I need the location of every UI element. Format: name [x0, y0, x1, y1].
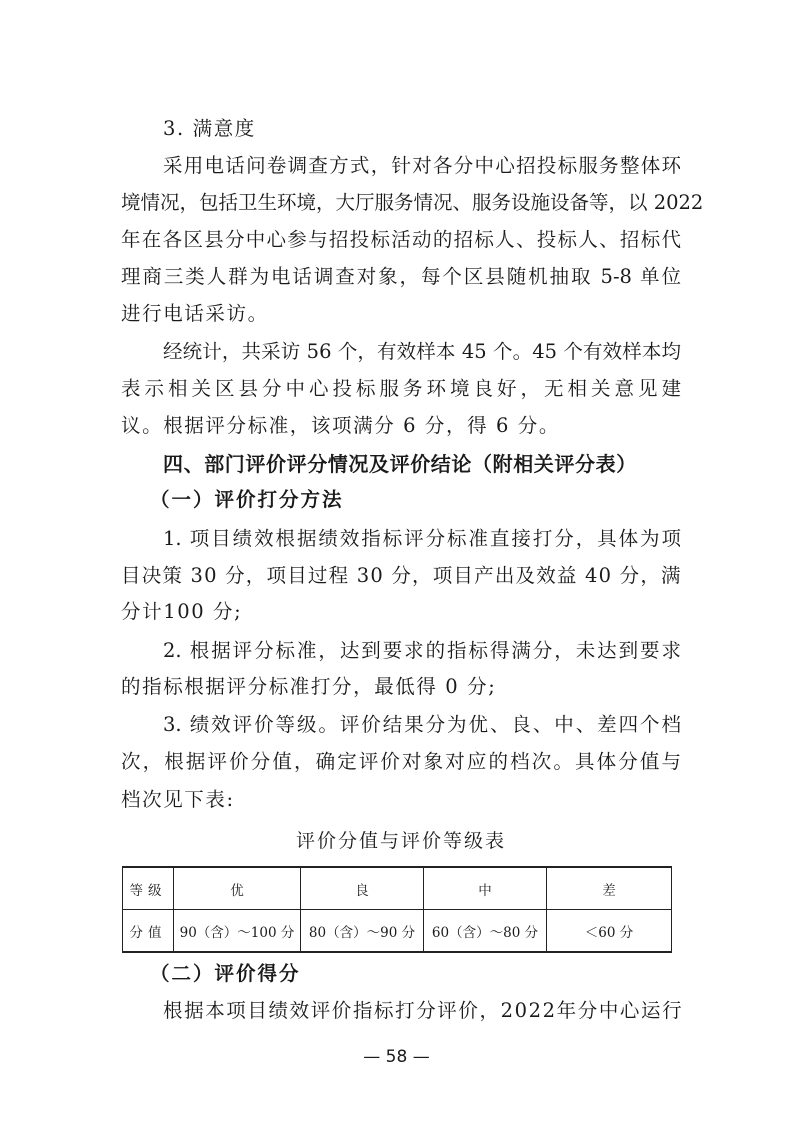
list-item-line: 分计100 分; [121, 599, 681, 625]
table-cell: 差 [547, 867, 672, 910]
table-caption: 评价分值与评价等级表 [121, 828, 681, 854]
paragraph-line: 经统计，共采访 56 个，有效样本 45 个。45 个有效样本均 [163, 339, 681, 365]
subsection-title-score: （二）评价得分 [150, 961, 668, 987]
list-item-line: 档次见下表: [121, 787, 681, 813]
list-item-line: 3. 绩效评价等级。评价结果分为优、良、中、差四个档 [163, 712, 681, 738]
list-item-line: 2. 根据评分标准，达到要求的指标得满分，未达到要求 [163, 638, 681, 664]
list-item-line: 1. 项目绩效根据绩效指标评分标准直接打分，具体为项 [163, 526, 681, 552]
paragraph-line: 进行电话采访。 [121, 301, 681, 327]
list-item-line: 次，根据评价分值，确定评价对象对应的档次。具体分值与 [121, 749, 681, 775]
table-row-score: 分值 90（含）～100 分 80（含）～90 分 60（含）～80 分 ＜60… [123, 910, 672, 953]
paragraph-line: 采用电话问卷调查方式，针对各分中心招投标服务整体环 [163, 153, 681, 179]
chapter-heading: 四、部门评价评分情况及评价结论（附相关评分表） [163, 451, 681, 477]
paragraph-line: 境情况，包括卫生环境，大厅服务情况、服务设施设备等，以 2022 [121, 190, 681, 216]
table-cell: 优 [174, 867, 301, 910]
table-cell: ＜60 分 [547, 910, 672, 953]
table-cell: 良 [301, 867, 424, 910]
paragraph-line: 根据本项目绩效评价指标打分评价，2022年分中心运行 [163, 998, 681, 1024]
grade-table: 等级 优 良 中 差 分值 90（含）～100 分 80（含）～90 分 60（… [122, 866, 672, 953]
subsection-title-method: （一）评价打分方法 [150, 487, 668, 513]
table-cell: 分值 [123, 910, 174, 953]
paragraph-line: 年在各区县分中心参与招投标活动的招标人、投标人、招标代 [121, 227, 681, 253]
page-number: — 58 — [0, 1045, 793, 1069]
table-cell: 中 [424, 867, 547, 910]
list-item-line: 的指标根据评分标准打分，最低得 0 分; [121, 674, 681, 700]
table-cell: 80（含）～90 分 [301, 910, 424, 953]
paragraph-line: 议。根据评分标准，该项满分 6 分，得 6 分。 [121, 413, 681, 439]
section-title-satisfaction: 3. 满意度 [163, 116, 681, 142]
table-cell: 60（含）～80 分 [424, 910, 547, 953]
paragraph-line: 理商三类人群为电话调查对象，每个区县随机抽取 5-8 单位 [121, 264, 681, 290]
table-cell: 等级 [123, 867, 174, 910]
table-cell: 90（含）～100 分 [174, 910, 301, 953]
list-item-line: 目决策 30 分，项目过程 30 分，项目产出及效益 40 分，满 [121, 563, 681, 589]
paragraph-line: 表示相关区县分中心投标服务环境良好，无相关意见建 [121, 376, 681, 402]
table-row-grade: 等级 优 良 中 差 [123, 867, 672, 910]
